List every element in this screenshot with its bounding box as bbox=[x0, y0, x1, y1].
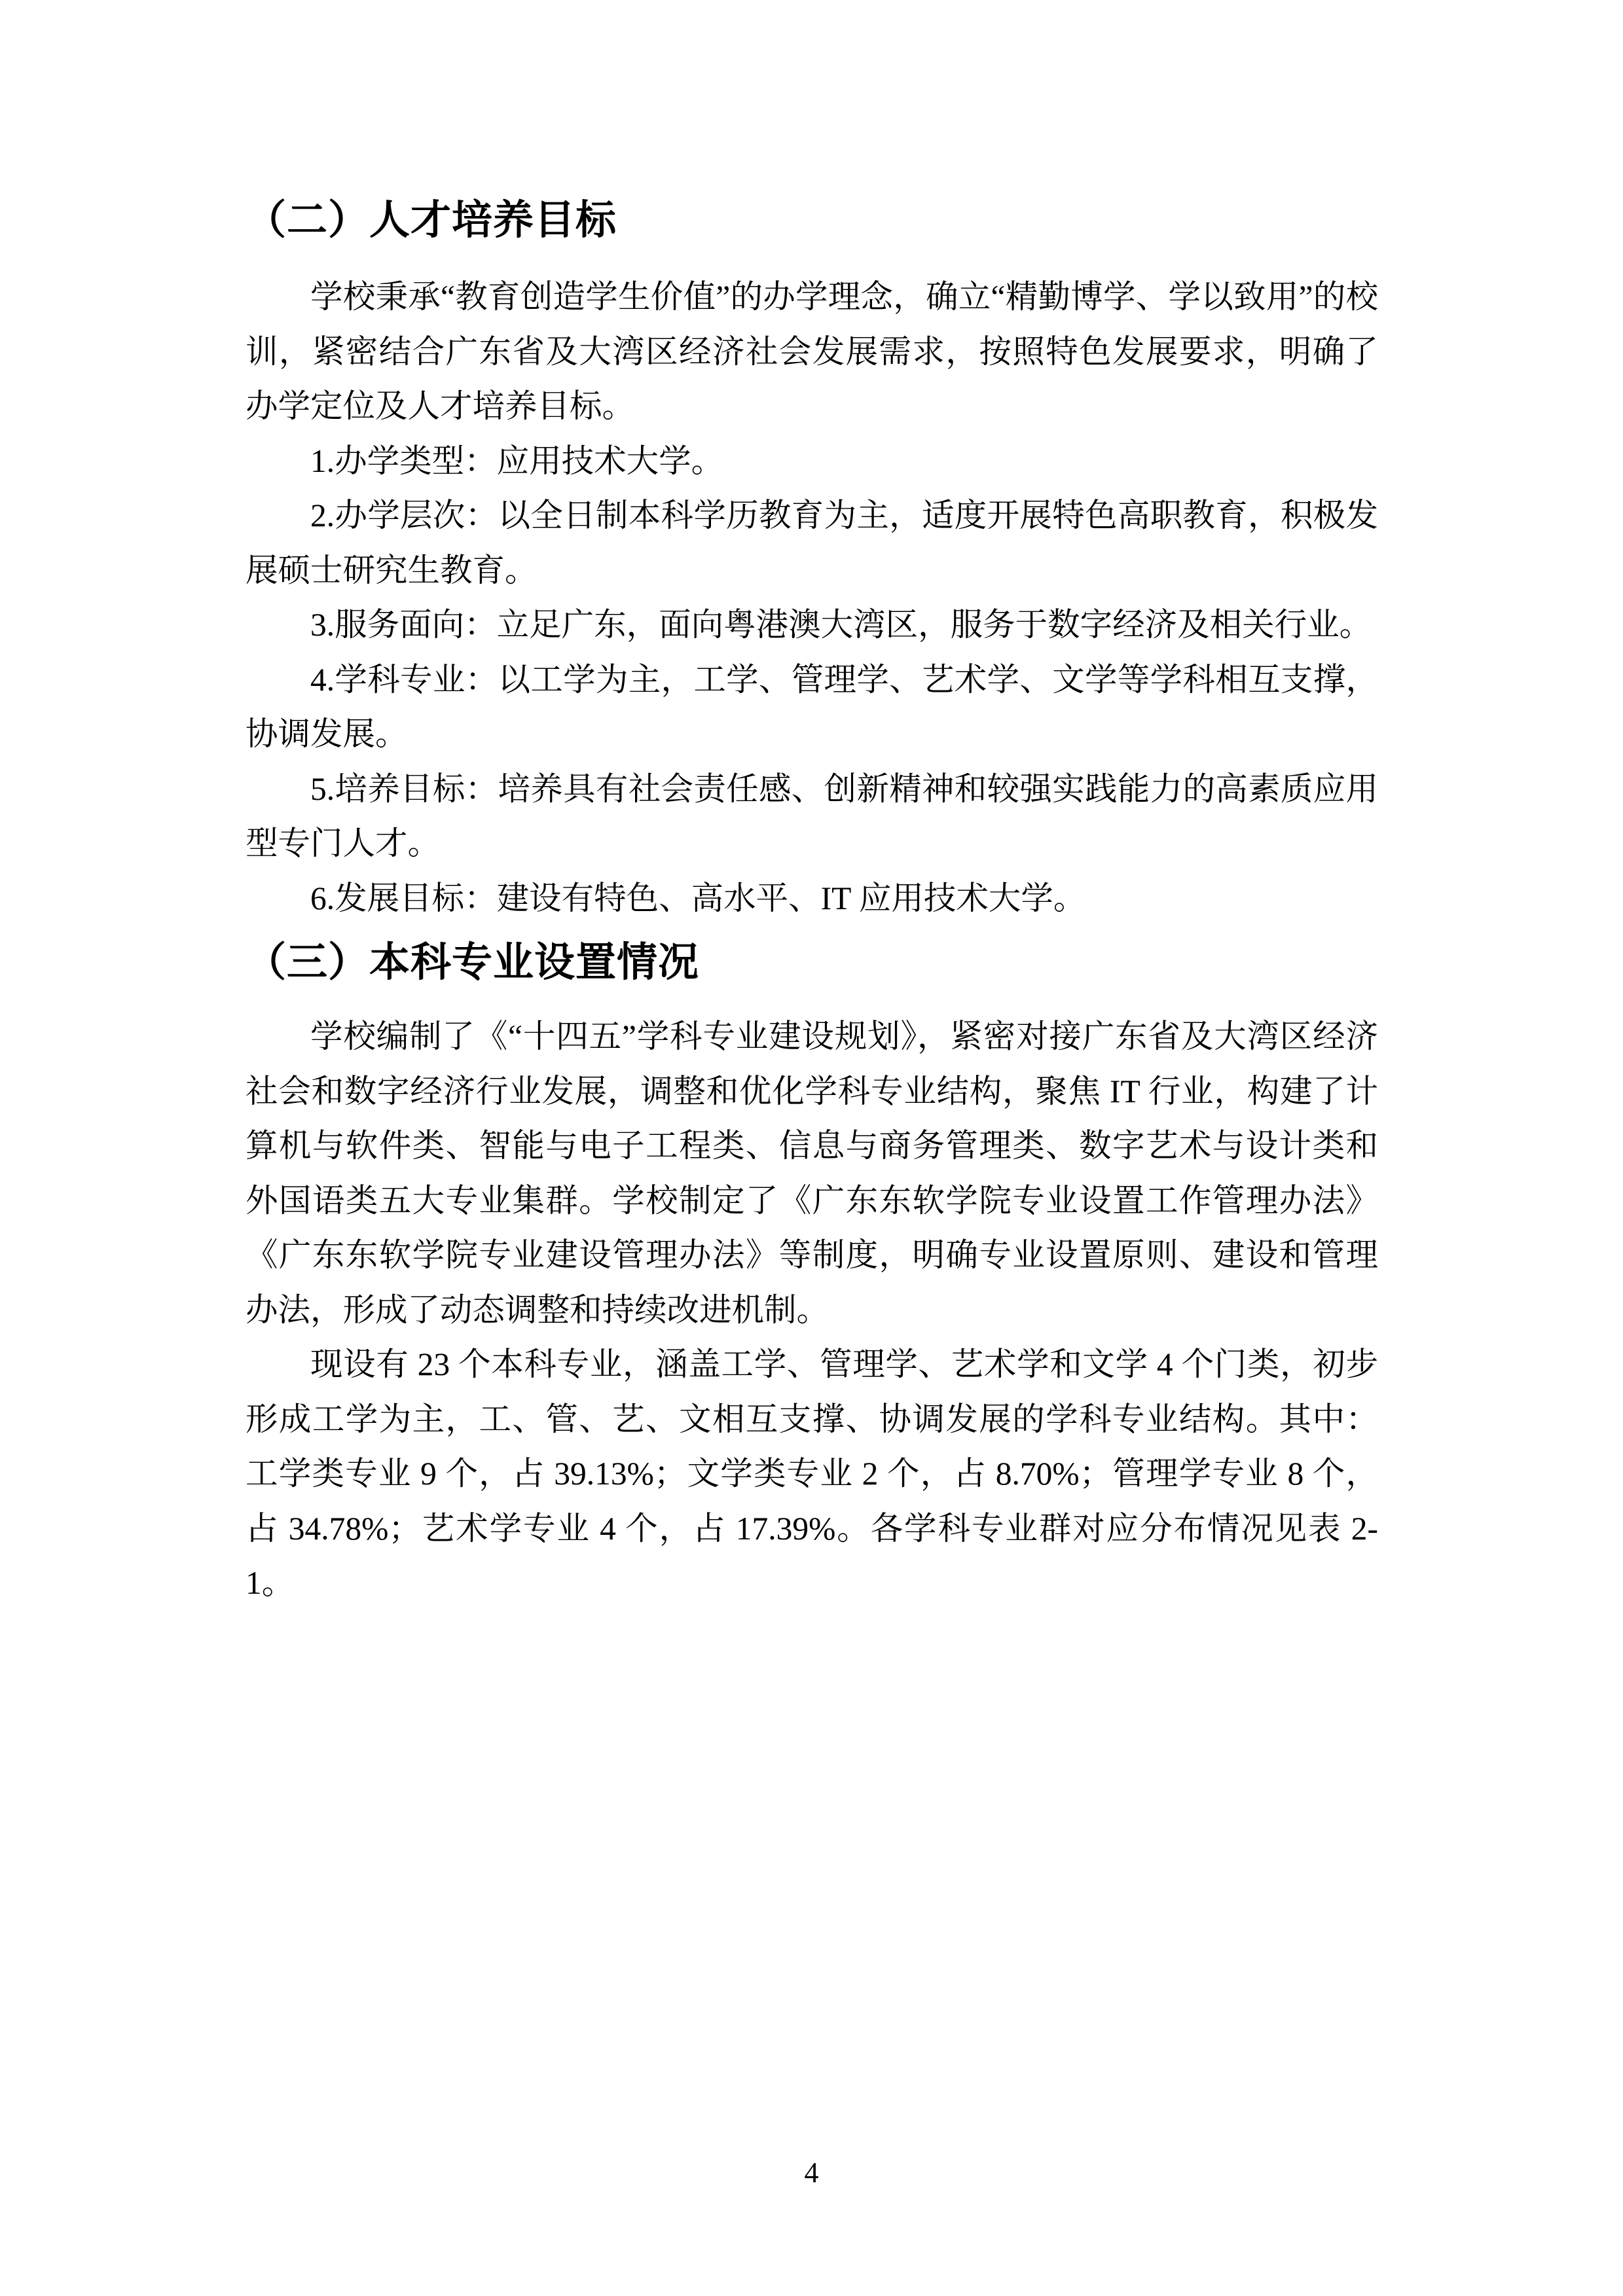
document-page: （二）人才培养目标 学校秉承“教育创造学生价值”的办学理念，确立“精勤博学、学以… bbox=[0, 0, 1623, 2296]
list-item-training-goal: 5.培养目标：培养具有社会责任感、创新精神和较强实践能力的高素质应用型专门人才。 bbox=[246, 762, 1378, 871]
page-number: 4 bbox=[0, 2153, 1623, 2193]
paragraph-major-planning: 学校编制了《“十四五”学科专业建设规划》，紧密对接广东省及大湾区经济社会和数字经… bbox=[246, 1009, 1378, 1337]
list-item-development-goal: 6.发展目标：建设有特色、高水平、IT 应用技术大学。 bbox=[246, 871, 1378, 926]
section-heading-undergraduate-majors: （三）本科专业设置情况 bbox=[246, 933, 1378, 992]
list-item-service-orientation: 3.服务面向：立足广东，面向粤港澳大湾区，服务于数字经济及相关行业。 bbox=[246, 598, 1378, 653]
list-item-disciplines: 4.学科专业：以工学为主，工学、管理学、艺术学、文学等学科相互支撑，协调发展。 bbox=[246, 653, 1378, 762]
paragraph-major-statistics: 现设有 23 个本科专业，涵盖工学、管理学、艺术学和文学 4 个门类，初步形成工… bbox=[246, 1337, 1378, 1611]
page-content: （二）人才培养目标 学校秉承“教育创造学生价值”的办学理念，确立“精勤博学、学以… bbox=[246, 0, 1378, 1611]
list-item-school-type: 1.办学类型：应用技术大学。 bbox=[246, 434, 1378, 489]
list-item-school-level: 2.办学层次：以全日制本科学历教育为主，适度开展特色高职教育，积极发展硕士研究生… bbox=[246, 488, 1378, 598]
section-heading-talent-training-goals: （二）人才培养目标 bbox=[246, 191, 1378, 250]
paragraph-intro-philosophy: 学校秉承“教育创造学生价值”的办学理念，确立“精勤博学、学以致用”的校训，紧密结… bbox=[246, 270, 1378, 434]
